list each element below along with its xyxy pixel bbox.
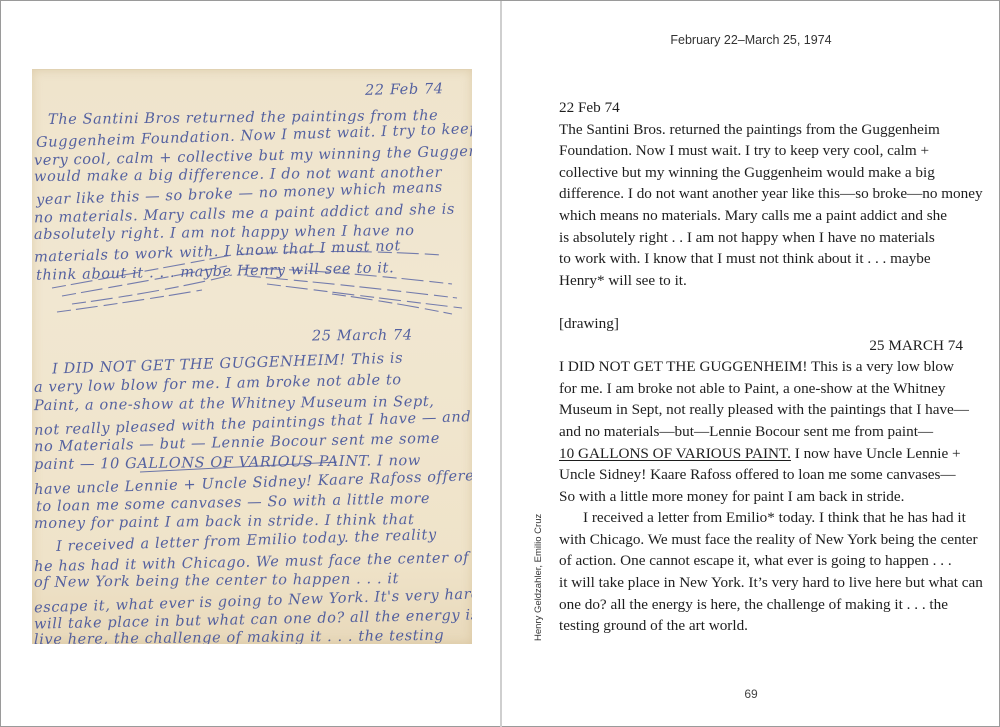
- transcript-line: which means no materials. Mary calls me …: [559, 205, 969, 227]
- entry-date: 25 MARCH 74: [559, 335, 969, 357]
- running-head: February 22–March 25, 1974: [601, 33, 901, 47]
- transcript-line: testing ground of the art world.: [559, 615, 969, 637]
- transcript-line: Museum in Sept, not really pleased with …: [559, 399, 969, 421]
- transcript-line: collective but my winning the Guggenheim…: [559, 162, 969, 184]
- page-number: 69: [731, 687, 771, 701]
- transcript-line: difference. I do not want another year l…: [559, 183, 969, 205]
- transcript-fragment: I now have Uncle Lennie +: [791, 445, 961, 462]
- transcript-line: one do? all the energy is here, the chal…: [559, 594, 969, 616]
- entry-date: 22 Feb 74: [559, 97, 969, 119]
- transcript-line: is absolutely right . . I am not happy w…: [559, 227, 969, 249]
- spacer: [559, 291, 969, 313]
- underlined-phrase: 10 GALLONS OF VARIOUS PAINT.: [559, 445, 791, 462]
- drawing-note: [drawing]: [559, 313, 969, 335]
- transcript-line: it will take place in New York. It’s ver…: [559, 572, 969, 594]
- image-credit-caption: Henry Geldzahler, Emilio Cruz: [533, 514, 544, 641]
- transcript-line: Henry* will see to it.: [559, 270, 969, 292]
- transcript-line: Foundation. Now I must wait. I try to ke…: [559, 140, 969, 162]
- transcript-line: to work with. I know that I must not thi…: [559, 248, 969, 270]
- page-gutter: [500, 1, 502, 727]
- transcript-line: and no materials—but—Lennie Bocour sent …: [559, 421, 969, 443]
- transcript-line: of action. One cannot escape it, what ev…: [559, 550, 969, 572]
- transcript-line: for me. I am broke not able to Paint, a …: [559, 378, 969, 400]
- transcript-line: I DID NOT GET THE GUGGENHEIM! This is a …: [559, 356, 969, 378]
- book-spread: 22 Feb 74The Santini Bros returned the p…: [0, 0, 1000, 727]
- transcript-line: So with a little more money for paint I …: [559, 486, 969, 508]
- handwritten-letter-image: 22 Feb 74The Santini Bros returned the p…: [32, 69, 472, 644]
- pen-sketch-drawing: [32, 70, 472, 644]
- transcript-line: Uncle Sidney! Kaare Rafoss offered to lo…: [559, 464, 969, 486]
- transcript-line-underlined: 10 GALLONS OF VARIOUS PAINT. I now have …: [559, 443, 969, 465]
- letter-transcript: 22 Feb 74 The Santini Bros. returned the…: [559, 97, 969, 637]
- transcript-line: with Chicago. We must face the reality o…: [559, 529, 969, 551]
- transcript-line: I received a letter from Emilio* today. …: [559, 507, 969, 529]
- transcript-line: The Santini Bros. returned the paintings…: [559, 119, 969, 141]
